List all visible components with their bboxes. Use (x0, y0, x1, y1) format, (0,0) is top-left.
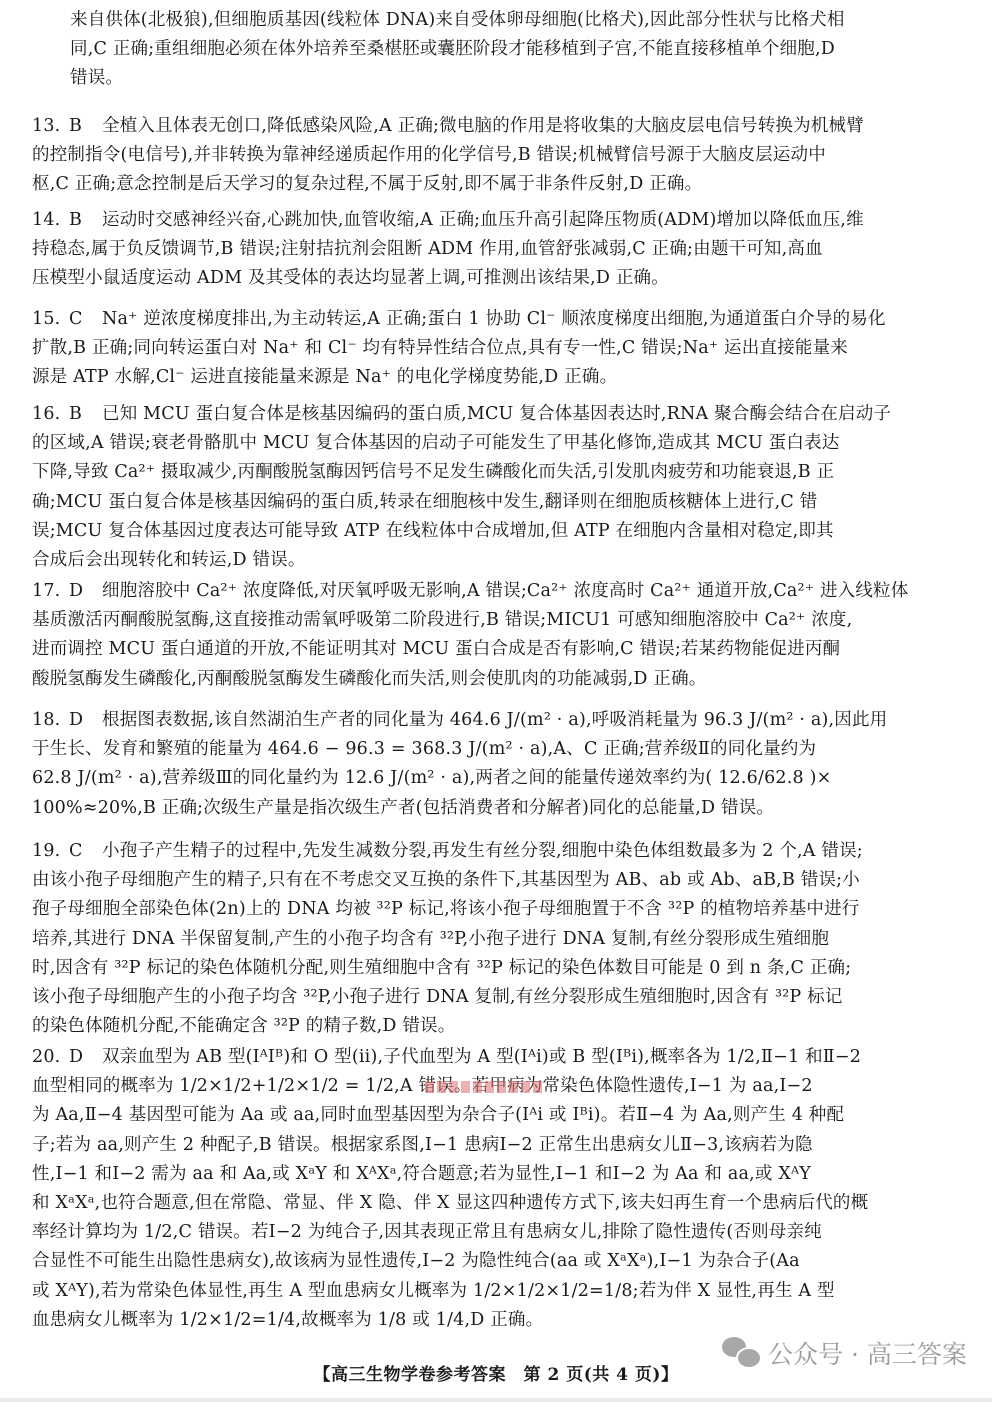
text-line: 率经计算均为 1/2,C 错误。若Ⅰ−2 为纯合子,因其表现正常且有患病女儿,排… (32, 1218, 966, 1247)
text-line: 误;MCU 复合体基因过度表达可能导致 ATP 在线粒体中合成增加,但 ATP … (32, 517, 966, 546)
page-footer: 【高三生物学卷参考答案 第 2 页(共 4 页)】 (0, 1360, 992, 1385)
text-line: 枢,C 正确;意念控制是后天学习的复杂过程,不属于反射,即不属于非条件反射,D … (32, 170, 966, 199)
text-line: 持稳态,属于负反馈调节,B 错误;注射拮抗剂会阻断 ADM 作用,血管舒张减弱,… (32, 235, 966, 264)
text-line: 62.8 J/(m² · a),营养级Ⅲ的同化量约为 12.6 J/(m² · … (32, 764, 966, 793)
text-line: 已知 MCU 蛋白复合体是核基因编码的蛋白质,MCU 复合体基因表达时,RNA … (102, 404, 891, 424)
text-line: 或 XᴬY),若为常染色体显性,再生 A 型血患病女儿概率为 1/2×1/2×1… (32, 1277, 966, 1306)
continuation-paragraph: 来自供体(北极狼),但细胞质基因(线粒体 DNA)来自受体卵母细胞(比格犬),因… (70, 6, 992, 94)
text-line: 错误。 (70, 64, 992, 93)
text-line: 的区域,A 错误;衰老骨骼肌中 MCU 复合体基因的启动子可能发生了甲基化修饰,… (32, 429, 966, 458)
text-line: 基质激活丙酮酸脱氢酶,这直接推动需氧呼吸第二阶段进行,B 错误;MICU1 可感… (32, 606, 966, 635)
text-line: 酸脱氢酶发生磷酸化,丙酮酸脱氢酶发生磷酸化而失活,则会使肌肉的功能减弱,D 正确… (32, 665, 966, 694)
text-line: 培养,其进行 DNA 半保留复制,产生的小孢子均含有 ³²P,小孢子进行 DNA… (32, 925, 966, 954)
question-16: 16.B已知 MCU 蛋白复合体是核基因编码的蛋白质,MCU 复合体基因表达时,… (32, 400, 966, 575)
faint-red-watermark (425, 1081, 545, 1093)
text-line: 该小孢子母细胞产生的小孢子均含 ³²P,小孢子进行 DNA 复制,有丝分裂形成生… (32, 983, 966, 1012)
question-14: 14.B运动时交感神经兴奋,心跳加快,血管收缩,A 正确;血压升高引起降压物质(… (32, 206, 966, 294)
text-line: 同,C 正确;重组细胞必须在体外培养至桑椹胚或囊胚阶段才能移植到子宫,不能直接移… (70, 35, 992, 64)
question-number: 18. (32, 706, 69, 735)
text-line: 性,Ⅰ−1 和Ⅰ−2 需为 aa 和 Aa,或 XᵃY 和 XᴬXᵃ,符合题意;… (32, 1160, 966, 1189)
text-line: 血患病女儿概率为 1/2×1/2=1/4,故概率为 1/8 或 1/4,D 正确… (32, 1306, 966, 1335)
text-line: 来自供体(北极狼),但细胞质基因(线粒体 DNA)来自受体卵母细胞(比格犬),因… (70, 6, 992, 35)
answer-letter: B (69, 112, 102, 141)
answer-letter: C (69, 305, 102, 334)
answer-letter: D (69, 706, 102, 735)
question-17: 17.D细胞溶胶中 Ca²⁺ 浓度降低,对厌氧呼吸无影响,A 错误;Ca²⁺ 浓… (32, 577, 966, 694)
text-line: 进而调控 MCU 蛋白通道的开放,不能证明其对 MCU 蛋白合成是否有影响,C … (32, 635, 966, 664)
text-line: 细胞溶胶中 Ca²⁺ 浓度降低,对厌氧呼吸无影响,A 错误;Ca²⁺ 浓度高时 … (102, 581, 908, 601)
answer-key-page: 来自供体(北极狼),但细胞质基因(线粒体 DNA)来自受体卵母细胞(比格犬),因… (0, 0, 992, 1402)
question-number: 20. (32, 1043, 69, 1072)
answer-letter: D (69, 577, 102, 606)
question-number: 16. (32, 400, 69, 429)
text-line: 的控制指令(电信号),并非转换为靠神经递质起作用的化学信号,B 错误;机械臂信号… (32, 141, 966, 170)
question-13: 13.B全植入且体表无创口,降低感染风险,A 正确;微电脑的作用是将收集的大脑皮… (32, 112, 966, 200)
question-15: 15.CNa⁺ 逆浓度梯度排出,为主动转运,A 正确;蛋白 1 协助 Cl⁻ 顺… (32, 305, 966, 393)
bottom-edge (0, 1398, 992, 1402)
text-line: 全植入且体表无创口,降低感染风险,A 正确;微电脑的作用是将收集的大脑皮层电信号… (102, 116, 864, 136)
text-line: 时,因含有 ³²P 标记的染色体随机分配,则生殖细胞中含有 ³²P 标记的染色体… (32, 954, 966, 983)
text-line: 合成后会出现转化和转运,D 错误。 (32, 546, 966, 575)
text-line: 孢子母细胞全部染色体(2n)上的 DNA 均被 ³²P 标记,将该小孢子母细胞置… (32, 895, 966, 924)
answer-letter: B (69, 206, 102, 235)
question-number: 19. (32, 837, 69, 866)
question-number: 13. (32, 112, 69, 141)
text-line: 和 XᵃXᵃ,也符合题意,但在常隐、常显、伴 X 隐、伴 X 显这四种遗传方式下… (32, 1189, 966, 1218)
answer-letter: B (69, 400, 102, 429)
question-number: 14. (32, 206, 69, 235)
question-18: 18.D根据图表数据,该自然湖泊生产者的同化量为 464.6 J/(m² · a… (32, 706, 966, 823)
text-line: 下降,导致 Ca²⁺ 摄取减少,丙酮酸脱氢酶因钙信号不足发生磷酸化而失活,引发肌… (32, 458, 966, 487)
text-line: 100%≈20%,B 正确;次级生产量是指次级生产者(包括消费者和分解者)同化的… (32, 794, 966, 823)
text-line: 确;MCU 蛋白复合体是核基因编码的蛋白质,转录在细胞核中发生,翻译则在细胞质核… (32, 488, 966, 517)
question-number: 17. (32, 577, 69, 606)
question-number: 15. (32, 305, 69, 334)
text-line: 根据图表数据,该自然湖泊生产者的同化量为 464.6 J/(m² · a),呼吸… (102, 710, 887, 730)
text-line: 源是 ATP 水解,Cl⁻ 运进直接能量来源是 Na⁺ 的电化学梯度势能,D 正… (32, 363, 966, 392)
answer-letter: D (69, 1043, 102, 1072)
text-line: 的染色体随机分配,不能确定含 ³²P 的精子数,D 错误。 (32, 1012, 966, 1041)
answer-letter: C (69, 837, 102, 866)
text-line: 扩散,B 正确;同向转运蛋白对 Na⁺ 和 Cl⁻ 均有特异性结合位点,具有专一… (32, 334, 966, 363)
text-line: 双亲血型为 AB 型(IᴬIᴮ)和 O 型(ii),子代血型为 A 型(Iᴬi)… (102, 1047, 861, 1067)
text-line: 合显性不可能生出隐性患病女),故该病为显性遗传,Ⅰ−2 为隐性纯合(aa 或 X… (32, 1247, 966, 1276)
question-19: 19.C小孢子产生精子的过程中,先发生减数分裂,再发生有丝分裂,细胞中染色体组数… (32, 837, 966, 1041)
text-line: 压模型小鼠适度运动 ADM 及其受体的表达均显著上调,可推测出该结果,D 正确。 (32, 264, 966, 293)
text-line: 为 Aa,Ⅱ−4 基因型可能为 Aa 或 aa,同时血型基因型为杂合子(Iᴬi … (32, 1101, 966, 1130)
text-line: 运动时交感神经兴奋,心跳加快,血管收缩,A 正确;血压升高引起降压物质(ADM)… (102, 210, 864, 230)
text-line: 子;若为 aa,则产生 2 种配子,B 错误。根据家系图,Ⅰ−1 患病Ⅰ−2 正… (32, 1131, 966, 1160)
text-line: 小孢子产生精子的过程中,先发生减数分裂,再发生有丝分裂,细胞中染色体组数最多为 … (102, 841, 863, 861)
text-line: 于生长、发育和繁殖的能量为 464.6 − 96.3 = 368.3 J/(m²… (32, 735, 966, 764)
text-line: Na⁺ 逆浓度梯度排出,为主动转运,A 正确;蛋白 1 协助 Cl⁻ 顺浓度梯度… (102, 309, 886, 329)
text-line: 由该小孢子母细胞产生的精子,只有在不考虑交叉互换的条件下,其基因型为 AB、ab… (32, 866, 966, 895)
